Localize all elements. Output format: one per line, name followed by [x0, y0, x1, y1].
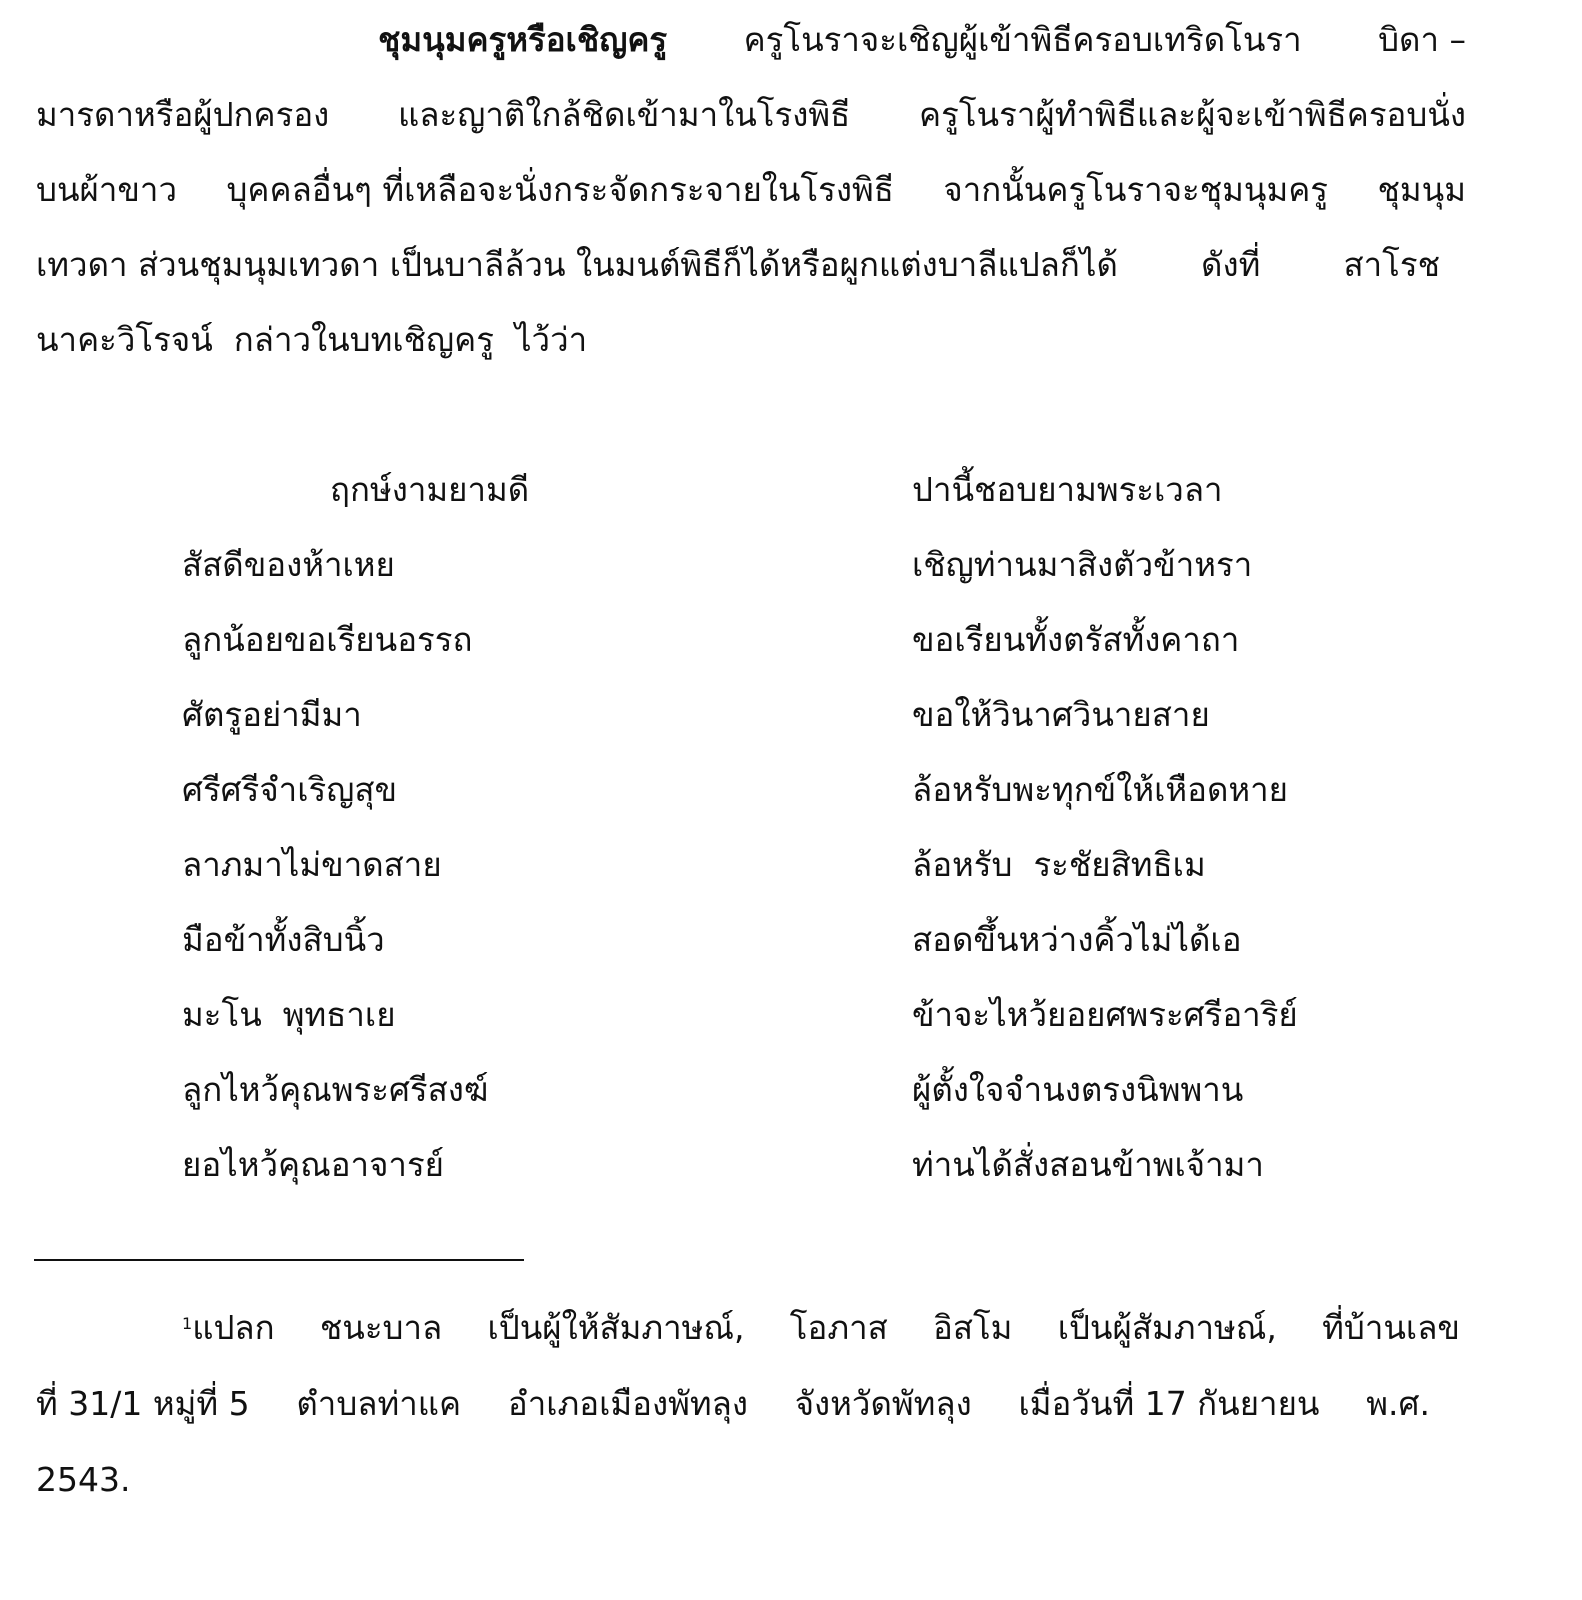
poem-left-verse: ศัตรูอย่ามีมา: [182, 695, 362, 735]
footnote-text: อิสโม: [933, 1308, 1012, 1348]
poem-right-verse: ขอให้วินาศวินายสาย: [912, 695, 1210, 735]
paragraph-line-1: ชุมนุมครูหรือเชิญครู ครูโนราจะเชิญผู้เข้…: [378, 20, 1466, 60]
footnote-text: อำเภอเมืองพัทลุง: [508, 1384, 748, 1424]
footnote-line-1: 1แปลก ชนะบาล เป็นผู้ให้สัมภาษณ์, โอภาส อ…: [182, 1308, 1460, 1348]
poem-left-verse: ลาภมาไม่ขาดสาย: [182, 845, 442, 885]
paragraph-line-5: นาคะวิโรจน์ กล่าวในบทเชิญครู ไว้ว่า: [36, 320, 1466, 360]
poem-left-verse: ฤกษ์งามยามดี: [330, 470, 529, 510]
footnote-first-word: 1แปลก: [182, 1308, 275, 1348]
footnote-text: เป็นผู้สัมภาษณ์,: [1058, 1308, 1277, 1348]
footnote-text: ชนะบาล: [320, 1308, 442, 1348]
paragraph-text: และญาติใกล้ชิดเข้ามาในโรงพิธี: [398, 95, 850, 135]
footnote-text: พ.ศ.: [1366, 1384, 1430, 1424]
poem-left-verse: ศรีศรีจำเริญสุข: [182, 770, 397, 810]
poem-left-verse: มะโน พุทธาเย: [182, 995, 396, 1035]
footnote-text: ตำบลท่าแค: [296, 1384, 461, 1424]
paragraph-line-4: เทวดา ส่วนชุมนุมเทวดา เป็นบาลีล้วน ในมนต…: [36, 245, 1440, 285]
footnote-text: เป็นผู้ให้สัมภาษณ์,: [488, 1308, 745, 1348]
poem-right-verse: ล้อหรับ ระชัยสิทธิเม: [912, 845, 1206, 885]
paragraph-text: ครูโนราผู้ทำพิธีและผู้จะเข้าพิธีครอบนั่ง: [919, 95, 1466, 135]
paragraph-text: สาโรช: [1343, 245, 1440, 285]
paragraph-text: บิดา –: [1378, 20, 1466, 60]
paragraph-text: บุคคลอื่นๆ ที่เหลือจะนั่งกระจัดกระจายในโ…: [226, 170, 893, 210]
footnote-separator: [34, 1259, 524, 1261]
poem-right-verse: ท่านได้สั่งสอนข้าพเจ้ามา: [912, 1145, 1264, 1185]
paragraph-text: ชุมนุม: [1378, 170, 1466, 210]
footnote-marker: 1: [182, 1314, 192, 1333]
poem-right-verse: เชิญท่านมาสิงตัวข้าหรา: [912, 545, 1252, 585]
paragraph-text: นาคะวิโรจน์ กล่าวในบทเชิญครู ไว้ว่า: [36, 320, 587, 360]
poem-left-verse: ยอไหว้คุณอาจารย์: [182, 1145, 444, 1185]
poem-left-verse: ลูกไหว้คุณพระศรีสงฆ์: [182, 1070, 488, 1110]
poem-right-verse: ข้าจะไหว้ยอยศพระศรีอาริย์: [912, 995, 1298, 1035]
poem-left-verse: มือข้าทั้งสิบนิ้ว: [182, 920, 385, 960]
paragraph-text: มารดาหรือผู้ปกครอง: [36, 95, 329, 135]
footnote-text: ที่บ้านเลข: [1322, 1308, 1460, 1348]
paragraph-text: ดังที่: [1201, 245, 1260, 285]
poem-right-verse: ล้อหรับพะทุกข์ให้เหือดหาย: [912, 770, 1288, 810]
poem-right-verse: ขอเรียนทั้งตรัสทั้งคาถา: [912, 620, 1239, 660]
paragraph-text: จากนั้นครูโนราจะชุมนุมครู: [943, 170, 1328, 210]
poem-left-verse: ลูกน้อยขอเรียนอรรถ: [182, 620, 472, 660]
poem-right-verse: ผู้ตั้งใจจำนงตรงนิพพาน: [912, 1070, 1243, 1110]
poem-right-verse: สอดขึ้นหว่างคิ้วไม่ได้เอ: [912, 920, 1242, 960]
footnote-text: เมื่อวันที่ 17 กันยายน: [1019, 1384, 1320, 1424]
paragraph-text: เทวดา ส่วนชุมนุมเทวดา เป็นบาลีล้วน ในมนต…: [36, 245, 1118, 285]
footnote-line-3: 2543.: [36, 1460, 1466, 1500]
footnote-text: โอภาส: [790, 1308, 888, 1348]
footnote-text: จังหวัดพัทลุง: [795, 1384, 972, 1424]
paragraph-line-2: มารดาหรือผู้ปกครอง และญาติใกล้ชิดเข้ามาใ…: [36, 95, 1466, 135]
footnote-text: ที่ 31/1 หมู่ที่ 5: [36, 1384, 250, 1424]
document-page: ชุมนุมครูหรือเชิญครู ครูโนราจะเชิญผู้เข้…: [0, 0, 1582, 1600]
footnote-text: 2543.: [36, 1460, 130, 1500]
poem-right-verse: ปานี้ชอบยามพระเวลา: [912, 470, 1223, 510]
footnote-line-2: ที่ 31/1 หมู่ที่ 5 ตำบลท่าแค อำเภอเมืองพ…: [36, 1384, 1430, 1424]
paragraph-text: บนผ้าขาว: [36, 170, 177, 210]
paragraph-text: ครูโนราจะเชิญผู้เข้าพิธีครอบเทริดโนรา: [744, 20, 1302, 60]
paragraph-line-3: บนผ้าขาว บุคคลอื่นๆ ที่เหลือจะนั่งกระจัด…: [36, 170, 1466, 210]
poem-left-verse: สัสดีของห้าเหย: [182, 545, 395, 585]
section-heading: ชุมนุมครูหรือเชิญครู: [378, 20, 667, 60]
